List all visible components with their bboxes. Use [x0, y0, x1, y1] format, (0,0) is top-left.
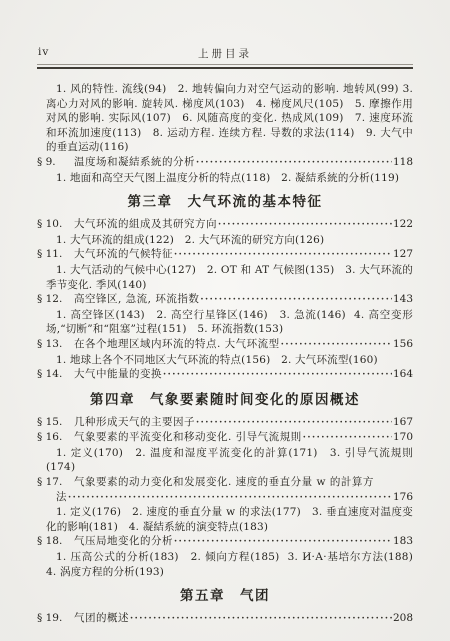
dot-leader	[163, 367, 392, 383]
chapter-heading: 第三章 大气环流的基本特征	[37, 192, 413, 212]
toc-entry: § 14.大气中能量的变换164	[37, 367, 413, 383]
toc-entry-title: 气团的概述	[74, 611, 129, 626]
toc-entry: § 12.高空锋区, 急流, 环流指数143	[37, 292, 413, 308]
toc-entry: § 17.气象要素的动力变化和发展变化. 速度的垂直分量 w 的計算方	[37, 475, 413, 490]
toc-entry: § 9.温度场和凝結系統的分析118	[37, 155, 413, 171]
toc-entry-title: 温度场和凝結系統的分析	[74, 155, 195, 170]
toc-entry-page: 122	[393, 217, 413, 232]
toc-entry: § 16.气象要素的平流变化和移动变化. 引导气流規則170	[37, 430, 413, 446]
scanned-toc-page: iv 上册目录 1. 风的特性. 流线(94) 2. 地转偏向力对空气运动的影响…	[0, 0, 450, 641]
toc-entry-page: 176	[393, 490, 413, 505]
toc-entry-label: § 18.	[37, 534, 74, 549]
header-rule-thick	[37, 67, 413, 69]
toc-entry-label: § 11.	[37, 247, 74, 262]
toc-subsection-text: 1. 定义(176) 2. 速度的垂直分量 w 的求法(177) 3. 垂直速度…	[37, 505, 413, 534]
toc-subsection-text: 1. 地面和高空天气图上温度分析的特点(118) 2. 凝結系統的分析(119)	[37, 171, 413, 186]
toc-entry-label: § 9.	[37, 155, 74, 170]
toc-entry-title-line1: 气象要素的动力变化和发展变化. 速度的垂直分量 w 的計算方	[74, 475, 374, 490]
toc-entry-page: 156	[393, 337, 413, 352]
toc-subsection-text: 1. 定义(170) 2. 温度和湿度平流变化的計算(171) 3. 引导气流規…	[37, 446, 413, 475]
toc-entry-title: 高空锋区, 急流, 环流指数	[74, 292, 199, 307]
chapter-heading: 第五章 气团	[37, 586, 413, 606]
toc-entry-label: § 17.	[37, 475, 74, 490]
toc-entry-title: 气象要素的平流变化和移动变化. 引导气流規則	[74, 430, 302, 445]
toc-entry: § 13.在各个地理区域内环流的特点. 大气环流型156	[37, 337, 413, 353]
toc-entry: § 19.气团的概述208	[37, 611, 413, 627]
toc-subsection-text: 1. 大气活动的气候中心(127) 2. OT 和 AT 气候图(135) 3.…	[37, 263, 413, 292]
toc-subsection-text: 1. 风的特性. 流线(94) 2. 地转偏向力对空气运动的影响. 地转风(99…	[37, 82, 413, 155]
toc-entry-label: § 14.	[37, 367, 74, 382]
dot-leader	[174, 247, 392, 263]
toc-entry-title: 在各个地理区域内环流的特点. 大气环流型	[74, 337, 280, 352]
toc-entry-page: 118	[393, 155, 413, 170]
toc-body: 1. 风的特性. 流线(94) 2. 地转偏向力对空气运动的影响. 地转风(99…	[37, 82, 413, 627]
dot-leader	[68, 490, 392, 506]
toc-entry-page: 208	[393, 611, 413, 626]
toc-entry-label: § 13.	[37, 337, 74, 352]
toc-entry-title: 几种形成天气的主要因子	[74, 415, 195, 430]
dot-leader	[218, 217, 392, 233]
toc-subsection-text: 1. 高空锋区(143) 2. 高空行星锋区(146) 3. 急流(146) 4…	[37, 308, 413, 337]
toc-entry-label: § 12.	[37, 292, 74, 307]
toc-entry-page: 170	[393, 430, 413, 445]
toc-entry-title: 大气环流的組成及其研究方向	[74, 217, 217, 232]
toc-entry: § 10.大气环流的組成及其研究方向122	[37, 217, 413, 233]
toc-entry-page: 183	[393, 534, 413, 549]
toc-entry-label: § 10.	[37, 217, 74, 232]
toc-entry: § 18.气压局地变化的分析183	[37, 534, 413, 550]
dot-leader	[174, 534, 392, 550]
toc-entry: § 11.大气环流的气候特征127	[37, 247, 413, 263]
running-title: 上册目录	[37, 46, 413, 61]
dot-leader	[303, 430, 392, 446]
dot-leader	[196, 415, 392, 431]
dot-leader	[200, 292, 392, 308]
toc-entry-title: 气压局地变化的分析	[74, 534, 173, 549]
chapter-heading: 第四章 气象要素随时间变化的原因概述	[37, 390, 413, 410]
dot-leader	[281, 337, 392, 353]
toc-entry-page: 143	[393, 292, 413, 307]
toc-entry-title: 大气环流的气候特征	[74, 247, 173, 262]
toc-entry-page: 167	[393, 415, 413, 430]
running-header: iv 上册目录	[37, 46, 413, 61]
toc-subsection-text: 1. 压高公式的分析(183) 2. 倾向方程(185) 3. И·А·基培尔方…	[37, 550, 413, 579]
dot-leader	[196, 155, 392, 171]
toc-entry-label: § 15.	[37, 415, 74, 430]
toc-entry-title-line2: 法	[56, 490, 67, 505]
toc-entry: § 15.几种形成天气的主要因子167	[37, 415, 413, 431]
dot-leader	[130, 611, 392, 627]
toc-entry-page: 127	[393, 247, 413, 262]
toc-entry-continuation: 法176	[37, 490, 413, 506]
toc-entry-label: § 16.	[37, 430, 74, 445]
page-folio: iv	[38, 46, 49, 58]
toc-entry-label: § 19.	[37, 611, 74, 626]
toc-entry-title: 大气中能量的变换	[74, 367, 162, 382]
toc-entry-page: 164	[393, 367, 413, 382]
toc-subsection-text: 1. 地球上各个不同地区大气环流的特点(156) 2. 大气环流型(160)	[37, 353, 413, 368]
toc-subsection-text: 1. 大气环流的組成(122) 2. 大气环流的研究方向(126)	[37, 233, 413, 248]
header-rule-thin	[37, 64, 413, 65]
